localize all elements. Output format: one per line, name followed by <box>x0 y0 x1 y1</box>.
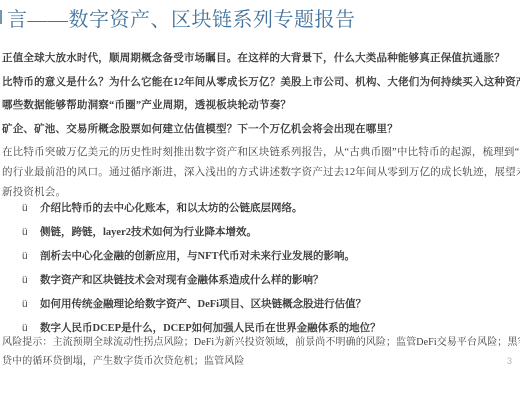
intro-line: 的行业最前沿的风口。通过循序渐进，深入浅出的方式讲述数字资产过去12年间从零到万… <box>2 163 520 183</box>
risk-line: 风险提示：主流预期全球流动性拐点风险；DeFi为新兴投资领域，前景尚不明确的风险… <box>2 334 520 353</box>
bullet-marker-icon: ü <box>22 197 28 221</box>
question-line: 矿企、矿池、交易所概念股票如何建立估值模型？下一个万亿机会将会出现在哪里？ <box>2 118 520 142</box>
list-item: ü 剖析去中心化金融的创新应用，与NFT代币对未来行业发展的影响。 <box>0 245 381 269</box>
page-title: 言——数字资产、区块链系列专题报告 <box>7 3 356 32</box>
bullet-marker-icon: ü <box>22 269 28 293</box>
list-item: ü 侧链，跨链，layer2技术如何为行业降本增效。 <box>0 221 381 245</box>
bullet-text: 侧链，跨链，layer2技术如何为行业降本增效。 <box>40 227 257 238</box>
question-block: 正值全球大放水时代，顺周期概念备受市场瞩目。在这样的大背景下，什么大类品种能够真… <box>2 47 520 141</box>
question-line: 哪些数据能够帮助洞察“币圈”产业周期，透视板块轮动节奏？ <box>2 94 520 118</box>
clipped-title-char-fragment <box>0 10 2 24</box>
page-number: 3 <box>507 356 512 366</box>
bullet-text: 数字人民币DCEP是什么，DCEP如何加强人民币在世界金融体系的地位？ <box>40 323 381 334</box>
question-line: 正值全球大放水时代，顺周期概念备受市场瞩目。在这样的大背景下，什么大类品种能够真… <box>2 47 520 71</box>
bullet-marker-icon: ü <box>22 221 28 245</box>
intro-paragraph: 在比特币突破万亿美元的历史性时刻推出数字资产和区块链系列报告，从“古典币圈”中比… <box>2 143 520 203</box>
bullet-text: 介绍比特币的去中心化账本，和以太坊的公链底层网络。 <box>40 203 303 214</box>
intro-line: 在比特币突破万亿美元的历史性时刻推出数字资产和区块链系列报告，从“古典币圈”中比… <box>2 143 520 163</box>
topic-bullet-list: ü 介绍比特币的去中心化账本，和以太坊的公链底层网络。 ü 侧链，跨链，laye… <box>0 197 381 341</box>
bullet-text: 剖析去中心化金融的创新应用，与NFT代币对未来行业发展的影响。 <box>40 251 355 262</box>
bullet-text: 数字资产和区块链技术会对现有金融体系造成什么样的影响？ <box>40 275 324 286</box>
report-page: { "report": { "title": "言——数字资产、区块链系列专题报… <box>0 0 520 400</box>
list-item: ü 数字资产和区块链技术会对现有金融体系造成什么样的影响？ <box>0 269 381 293</box>
list-item: ü 介绍比特币的去中心化账本，和以太坊的公链底层网络。 <box>0 197 381 221</box>
risk-line: 贷中的循环贷倒塌，产生数字货币次贷危机；监管风险 <box>2 353 520 372</box>
bullet-text: 如何用传统金融理论给数字资产、DeFi项目、区块链概念股进行估值？ <box>40 299 366 310</box>
question-line: 比特币的意义是什么？为什么它能在12年间从零成长万亿？美股上市公司、机构、大佬们… <box>2 71 520 95</box>
list-item: ü 如何用传统金融理论给数字资产、DeFi项目、区块链概念股进行估值？ <box>0 293 381 317</box>
bullet-marker-icon: ü <box>22 293 28 317</box>
bullet-marker-icon: ü <box>22 245 28 269</box>
risk-warning: 风险提示：主流预期全球流动性拐点风险；DeFi为新兴投资领域，前景尚不明确的风险… <box>2 334 520 371</box>
